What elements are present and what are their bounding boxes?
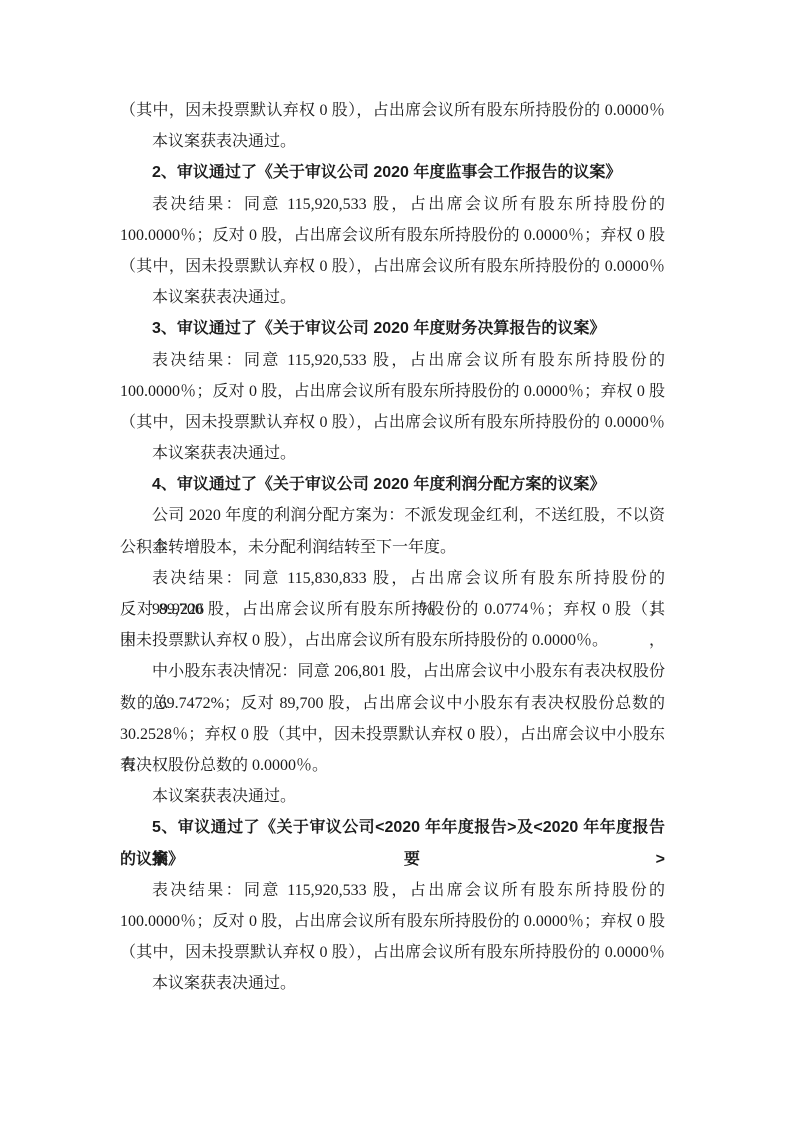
proposal-4-vote-result-continuation: 反对 89,700 股，占出席会议所有股东所持股份的 0.0774％；弃权 0 … [120,594,665,625]
proposal-2-vote-detail-continuation: （其中，因未投票默认弃权 0 股），占出席会议所有股东所持股份的 0.0000％ [120,251,665,282]
proposal-3-vote-detail-continuation: （其中，因未投票默认弃权 0 股），占出席会议所有股东所持股份的 0.0000％ [120,407,665,438]
proposal-5-heading: 5、审议通过了《关于审议公司<2020 年年度报告>及<2020 年年度报告摘要… [120,812,665,843]
proposal-5-vote-result: 表决结果：同意 115,920,533 股，占出席会议所有股东所持股份的 [120,875,665,906]
resolution-passed: 本议案获表决通过。 [120,282,665,313]
profit-distribution-plan: 公司 2020 年度的利润分配方案为：不派发现金红利，不送红股，不以资本 [120,500,665,531]
proposal-3-heading: 3、审议通过了《关于审议公司 2020 年度财务决算报告的议案》 [120,313,665,344]
document-page: （其中，因未投票默认弃权 0 股），占出席会议所有股东所持股份的 0.0000％… [0,0,793,1122]
proposal-2-vote-result-continuation: 100.0000％；反对 0 股，占出席会议所有股东所持股份的 0.0000％；… [120,220,665,251]
resolution-passed: 本议案获表决通过。 [120,438,665,469]
resolution-passed: 本议案获表决通过。 [120,968,665,999]
minority-shareholder-vote-continuation: 数的 69.7472%；反对 89,700 股，占出席会议中小股东有表决权股份总… [120,688,665,719]
resolution-passed: 本议案获表决通过。 [120,781,665,812]
proposal-4-vote-detail-continuation: 因未投票默认弃权 0 股），占出席会议所有股东所持股份的 0.0000％。 [120,625,665,656]
resolution-passed: 本议案获表决通过。 [120,126,665,157]
proposal-5-vote-detail-continuation: （其中，因未投票默认弃权 0 股），占出席会议所有股东所持股份的 0.0000％ [120,937,665,968]
profit-distribution-plan-continuation: 公积金转增股本，未分配利润结转至下一年度。 [120,532,665,563]
minority-shareholder-vote-continuation: 30.2528％；弃权 0 股（其中，因未投票默认弃权 0 股），占出席会议中小… [120,719,665,750]
minority-shareholder-vote: 中小股东表决情况：同意 206,801 股，占出席会议中小股东有表决权股份总 [120,656,665,687]
proposal-3-vote-result-continuation: 100.0000％；反对 0 股，占出席会议所有股东所持股份的 0.0000％；… [120,376,665,407]
document-text-block: （其中，因未投票默认弃权 0 股），占出席会议所有股东所持股份的 0.0000％… [120,95,665,999]
proposal-3-vote-result: 表决结果：同意 115,920,533 股，占出席会议所有股东所持股份的 [120,345,665,376]
vote-detail-continuation: （其中，因未投票默认弃权 0 股），占出席会议所有股东所持股份的 0.0000％ [120,95,665,126]
proposal-5-vote-result-continuation: 100.0000％；反对 0 股，占出席会议所有股东所持股份的 0.0000％；… [120,906,665,937]
proposal-4-vote-result: 表决结果：同意 115,830,833 股，占出席会议所有股东所持股份的 99.… [120,563,665,594]
proposal-2-vote-result: 表决结果：同意 115,920,533 股，占出席会议所有股东所持股份的 [120,189,665,220]
proposal-4-heading: 4、审议通过了《关于审议公司 2020 年度利润分配方案的议案》 [120,469,665,500]
proposal-2-heading: 2、审议通过了《关于审议公司 2020 年度监事会工作报告的议案》 [120,157,665,188]
minority-shareholder-vote-continuation: 表决权股份总数的 0.0000％。 [120,750,665,781]
